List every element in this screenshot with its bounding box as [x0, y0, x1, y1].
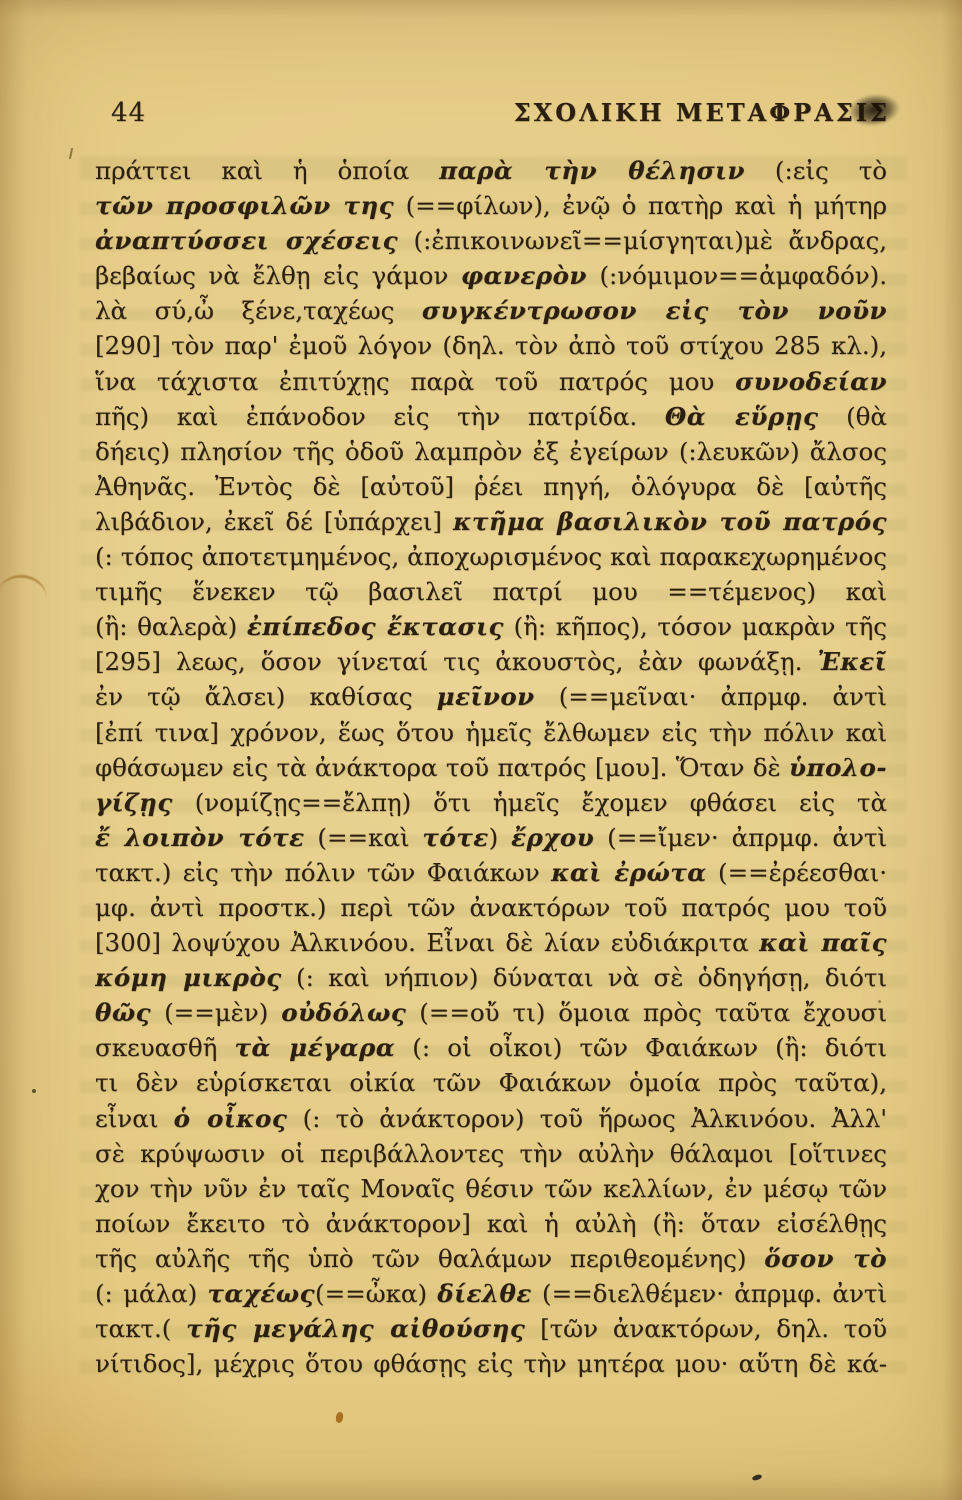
text-line: εἶναι ὁ οἶκος (: τὸ ἀνάκτορον) τοῦ ἥρωος… [95, 1101, 887, 1136]
running-title-text: ΣΧΟΛΙΚΗ ΜΕΤΑΦΡΑΣΙΣ [514, 98, 890, 127]
text-line: [300] λοψύχου Ἀλκινόου. Εἶναι δὲ λίαν εὐ… [95, 925, 887, 960]
text-line: ἔ λοιπὸν τότε (==καὶ τότε) ἔρχου (==ἴμεν… [95, 820, 887, 855]
book-page: 44 ΣΧΟΛΙΚΗ ΜΕΤΑΦΡΑΣΙΣ πράττει καὶ ἡ ὁποί… [0, 0, 962, 1500]
text-line: λὰ σύ,ὦ ξένε,ταχέως συγκέντρωσον εἰς τὸν… [95, 293, 887, 328]
text-line: [295] λεως, ὅσον γίνεταί τις ἀκουστὸς, ἐ… [95, 644, 887, 679]
paper-speck [335, 1411, 344, 1423]
text-line: Ἀθηνᾶς. Ἐντὸς δὲ [αὐτοῦ] ῥέει πηγή, ὁλόγ… [95, 469, 887, 504]
text-line: γίζῃς (νομίζῃς==ἔλπῃ) ὅτι ἡμεῖς ἔχομεν φ… [95, 785, 887, 820]
text-line: (: τόπος ἀποτετμημένος, ἀποχωρισμένος κα… [95, 539, 887, 574]
text-line: [ἐπί τινα] χρόνον, ἕως ὅτου ἡμεῖς ἔλθωμε… [95, 715, 887, 750]
text-line: δήεις) πλησίον τῆς ὁδοῦ λαμπρὸν ἐξ ἐγείρ… [95, 434, 887, 469]
text-line: τιμῆς ἕνεκεν τῷ βασιλεῖ πατρί μου ==τέμε… [95, 574, 887, 609]
text-line: λιβάδιον, ἐκεῖ δέ [ὑπάρχει] κτῆμα βασιλι… [95, 504, 887, 539]
paper-mark-tick [69, 148, 73, 159]
page-header: 44 ΣΧΟΛΙΚΗ ΜΕΤΑΦΡΑΣΙΣ [95, 98, 890, 132]
text-line: ἀναπτύσσει σχέσεις (:ἐπικοινωνεῖ==μίσγητ… [95, 223, 887, 258]
text-line: βεβαίως νὰ ἔλθῃ εἰς γάμον φανερὸν (:νόμι… [95, 258, 887, 293]
paper-speck [32, 1089, 36, 1093]
text-line: πράττει καὶ ἡ ὁποία παρὰ τὴν θέλησιν (:ε… [95, 153, 887, 188]
text-line: τακτ.( τῆς μεγάλης αἰθούσης [τῶν ἀνακτόρ… [95, 1311, 887, 1346]
text-line: ἵνα τάχιστα ἐπιτύχῃς παρὰ τοῦ πατρός μου… [95, 364, 887, 399]
text-line: τακτ.) εἰς τὴν πόλιν τῶν Φαιάκων καὶ ἐρώ… [95, 855, 887, 890]
body-text: πράττει καὶ ἡ ὁποία παρὰ τὴν θέλησιν (:ε… [95, 153, 887, 1381]
text-line: μφ. ἀντὶ προστκ.) περὶ τῶν ἀνακτόρων τοῦ… [95, 890, 887, 925]
paper-mark-swash [0, 571, 49, 599]
text-line: πῆς) καὶ ἐπάνοδον εἰς τὴν πατρίδα. Θὰ εὕ… [95, 399, 887, 434]
text-line: φθάσωμεν εἰς τὰ ἀνάκτορα τοῦ πατρός [μου… [95, 750, 887, 785]
text-line: [290] τὸν παρ' ἐμοῦ λόγον (δηλ. τὸν ἀπὸ … [95, 328, 887, 363]
text-line: θῶς (==μὲν) οὐδόλως (==οὔ τι) ὅμοια πρὸς… [95, 995, 887, 1030]
paper-speck [751, 1474, 762, 1482]
text-line: νίτιδος], μέχρις ὅτου φθάσῃς εἰς τὴν μητ… [95, 1346, 887, 1381]
text-line: κόμη μικρὸς (: καὶ νήπιον) δύναται νὰ σὲ… [95, 960, 887, 995]
text-line: ποίων ἔκειτο τὸ ἀνάκτορον] καὶ ἡ αὐλὴ (ἢ… [95, 1206, 887, 1241]
text-line: χον τὴν νῦν ἐν ταῖς Μοναῖς θέσιν τῶν κελ… [95, 1171, 887, 1206]
text-line: τι δὲν εὑρίσκεται οἰκία τῶν Φαιάκων ὁμοί… [95, 1065, 887, 1100]
text-line: (: μάλα) ταχέως(==ὦκα) δίελθε (==διελθέμ… [95, 1276, 887, 1311]
text-line: σκευασθῆ τὰ μέγαρα (: οἱ οἶκοι) τῶν Φαιά… [95, 1030, 887, 1065]
page-number: 44 [95, 98, 146, 128]
text-line: (ἢ: θαλερὰ) ἐπίπεδος ἔκτασις (ἢ: κῆπος),… [95, 609, 887, 644]
text-line: σὲ κρύψωσιν οἱ περιβάλλοντες τὴν αὐλὴν θ… [95, 1136, 887, 1171]
text-line: ἐν τῷ ἄλσει) καθίσας μεῖνον (==μεῖναι· ἀ… [95, 679, 887, 714]
text-line: τῆς αὐλῆς τῆς ὑπὸ τῶν θαλάμων περιθεομέν… [95, 1241, 887, 1276]
text-line: τῶν προσφιλῶν της (==φίλων), ἐνῷ ὁ πατὴρ… [95, 188, 887, 223]
running-title: ΣΧΟΛΙΚΗ ΜΕΤΑΦΡΑΣΙΣ [514, 98, 890, 127]
